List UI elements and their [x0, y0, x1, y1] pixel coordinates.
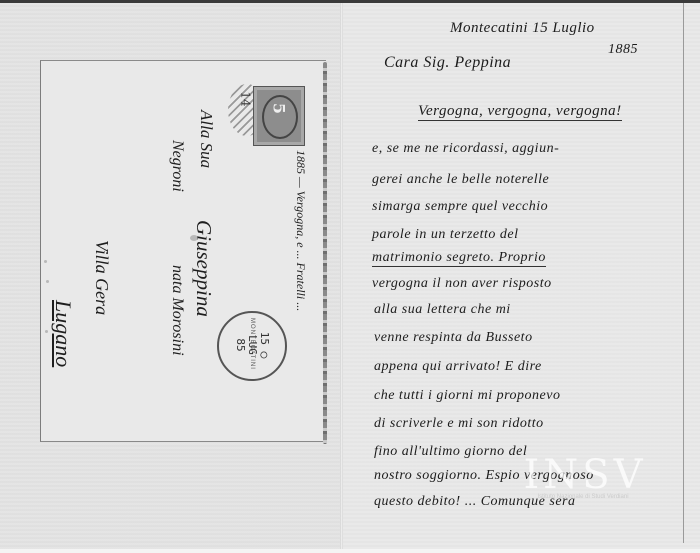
address-line-3: Negroni	[168, 140, 186, 192]
letter-line: matrimonio segreto. Proprio	[372, 250, 546, 267]
paper-speck	[46, 280, 49, 283]
paper-speck	[44, 260, 47, 263]
letter-line: di scriverle e mi son ridotto	[374, 416, 544, 432]
postmark: MONTECATINI 15 ◯ LUG 85	[217, 311, 287, 381]
letter-line: parole in un terzetto del	[372, 227, 519, 243]
watermark-logo: INSV	[515, 452, 655, 512]
letter-line: gerei anche le belle noterelle	[372, 172, 549, 188]
address-line-4: nata Morosini	[168, 265, 186, 356]
postmark-month: LUG	[246, 312, 258, 378]
watermark-subtitle: Istituto Nazionale di Studi Verdiani	[508, 494, 658, 500]
letter-line: fino all'ultimo giorno del	[374, 444, 527, 460]
scan-bottom-edge	[0, 549, 700, 553]
letter-line: venne respinta da Busseto	[374, 330, 533, 346]
letter-line: Vergogna, vergogna, vergogna!	[418, 103, 622, 121]
letter-line: simarga sempre quel vecchio	[372, 199, 548, 215]
letter-line: alla sua lettera che mi	[374, 302, 511, 318]
letter-line: e, se me ne ricordassi, aggiun-	[372, 141, 559, 157]
postmark-year: 85	[234, 312, 246, 378]
cancel-number: 14	[239, 91, 253, 106]
address-line-5: Villa Gera	[91, 240, 112, 315]
envelope-torn-edge	[323, 62, 327, 444]
letter-line: che tutti i giorni mi proponevo	[374, 388, 560, 404]
address-line-6: Lugano	[50, 300, 76, 367]
postmark-date: 15 ◯ LUG 85	[234, 312, 270, 378]
right-margin-line	[683, 3, 684, 543]
letter-line: vergogna il non aver risposto	[372, 276, 552, 292]
stamp-value: 5	[270, 84, 289, 134]
envelope-annotation: 1885 — Vergogna, e ... Fratelli ...	[293, 150, 308, 311]
letter-place-date: Montecatini 15 Luglio	[450, 20, 595, 37]
postage-stamp: 5	[253, 86, 305, 146]
letter-salutation: Cara Sig. Peppina	[384, 54, 511, 72]
paper-speck	[45, 330, 48, 333]
address-line-1: Alla Sua	[196, 110, 216, 168]
letter-line: appena qui arrivato! E dire	[374, 359, 542, 375]
paper-stain	[190, 235, 198, 241]
letter-year: 1885	[608, 42, 638, 58]
postmark-day: 15 ◯	[258, 312, 270, 378]
